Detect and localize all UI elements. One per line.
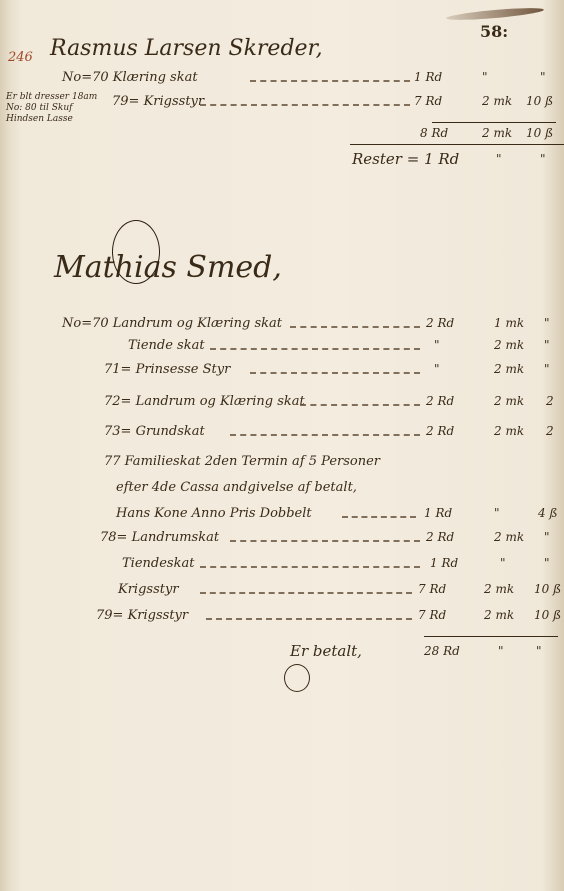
leader-dots: [230, 434, 420, 436]
amount-sk: ": [544, 362, 550, 376]
leader-dots: [230, 540, 420, 542]
leader-dots: [200, 566, 420, 568]
rest-rule: [350, 144, 564, 145]
total-sk: 10 ß: [526, 126, 553, 140]
page-number: 58:: [480, 22, 508, 41]
entry1-line-label: 79= Krigsstyr: [112, 94, 204, 109]
ink-smudge: [446, 6, 544, 23]
total-mk: 2 mk: [482, 126, 512, 140]
amount-sk: 4 ß: [538, 506, 557, 520]
total-rd: 8 Rd: [420, 126, 448, 140]
amount-sk: 2: [546, 424, 554, 438]
margin-note-line: Er blt dresser 18am: [6, 92, 97, 103]
entry2-line-label: Tiendeskat: [122, 556, 194, 571]
amount-rd: 2 Rd: [426, 316, 454, 330]
entry2-line-label: Tiende skat: [128, 338, 205, 353]
sum-rule: [432, 122, 556, 123]
amount-rd: 7 Rd: [414, 94, 442, 108]
leader-dots: [342, 516, 416, 518]
amount-sk: 2: [546, 394, 554, 408]
amount-mk: 2 mk: [494, 362, 524, 376]
amount-rd: ": [434, 338, 440, 352]
leader-dots: [200, 104, 410, 106]
amount-sk: 10 ß: [534, 608, 561, 622]
entry2-line-label: No=70 Landrum og Klæring skat: [62, 316, 282, 331]
manuscript-page: 58: 246 Rasmus Larsen Skreder, Er blt dr…: [0, 0, 564, 891]
amount-mk: ": [494, 506, 500, 520]
rest-label: Rester = 1 Rd: [352, 150, 459, 168]
entry2-line-label: 77 Familieskat 2den Termin af 5 Personer: [104, 454, 380, 469]
amount-mk: ": [500, 556, 506, 570]
entry2-line-label: Hans Kone Anno Pris Dobbelt: [116, 506, 312, 521]
entry2-line-label: 78= Landrumskat: [100, 530, 219, 545]
leader-dots: [290, 326, 420, 328]
amount-rd: 2 Rd: [426, 530, 454, 544]
amount-mk: 2 mk: [484, 582, 514, 596]
leader-dots: [300, 404, 420, 406]
amount-mk: 2 mk: [494, 424, 524, 438]
entry1-line-label: No=70 Klæring skat: [62, 70, 198, 85]
entry2-line-label: Krigsstyr: [118, 582, 179, 597]
amount-sk: ": [540, 70, 546, 84]
rest-sk: ": [540, 152, 546, 166]
margin-number: 246: [8, 50, 33, 65]
amount-rd: 7 Rd: [418, 582, 446, 596]
amount-mk: 1 mk: [494, 316, 524, 330]
sum-rule: [424, 636, 558, 637]
amount-mk: 2 mk: [482, 94, 512, 108]
amount-rd: 1 Rd: [424, 506, 452, 520]
signature-flourish: [284, 664, 310, 692]
margin-note-line: No: 80 til Skuf: [6, 103, 97, 114]
amount-rd: 1 Rd: [430, 556, 458, 570]
amount-sk: ": [544, 316, 550, 330]
leader-dots: [200, 592, 412, 594]
entry2-line-label: 73= Grundskat: [104, 424, 205, 439]
entry2-line-label: 79= Krigsstyr: [96, 608, 188, 623]
rest-mk: ": [496, 152, 502, 166]
entry1-name: Rasmus Larsen Skreder,: [50, 36, 323, 61]
entry2-line-label: efter 4de Cassa andgivelse af betalt,: [116, 480, 357, 495]
entry1-margin-note: Er blt dresser 18am No: 80 til Skuf Hind…: [6, 92, 97, 125]
entry2-line-label: 72= Landrum og Klæring skat: [104, 394, 305, 409]
amount-mk: 2 mk: [494, 530, 524, 544]
amount-rd: 2 Rd: [426, 394, 454, 408]
amount-sk: ": [544, 556, 550, 570]
amount-sk: 10 ß: [526, 94, 553, 108]
entry2-line-label: 71= Prinsesse Styr: [104, 362, 230, 377]
amount-sk: ": [544, 530, 550, 544]
amount-mk: ": [482, 70, 488, 84]
amount-sk: 10 ß: [534, 582, 561, 596]
margin-note-line: Hindsen Lasse: [6, 114, 97, 125]
amount-mk: 2 mk: [494, 338, 524, 352]
leader-dots: [210, 348, 420, 350]
amount-rd: 1 Rd: [414, 70, 442, 84]
amount-rd: ": [434, 362, 440, 376]
total-mk: ": [498, 644, 504, 658]
amount-rd: 2 Rd: [426, 424, 454, 438]
amount-mk: 2 mk: [494, 394, 524, 408]
leader-dots: [206, 618, 412, 620]
leader-dots: [250, 372, 420, 374]
amount-rd: 7 Rd: [418, 608, 446, 622]
total-sk: ": [536, 644, 542, 658]
amount-mk: 2 mk: [484, 608, 514, 622]
leader-dots: [250, 80, 410, 82]
entry2-name: Mathias Smed,: [54, 250, 282, 285]
total-rd: 28 Rd: [424, 644, 460, 658]
total-label: Er betalt,: [290, 642, 362, 660]
amount-sk: ": [544, 338, 550, 352]
initial-flourish: [112, 220, 160, 284]
